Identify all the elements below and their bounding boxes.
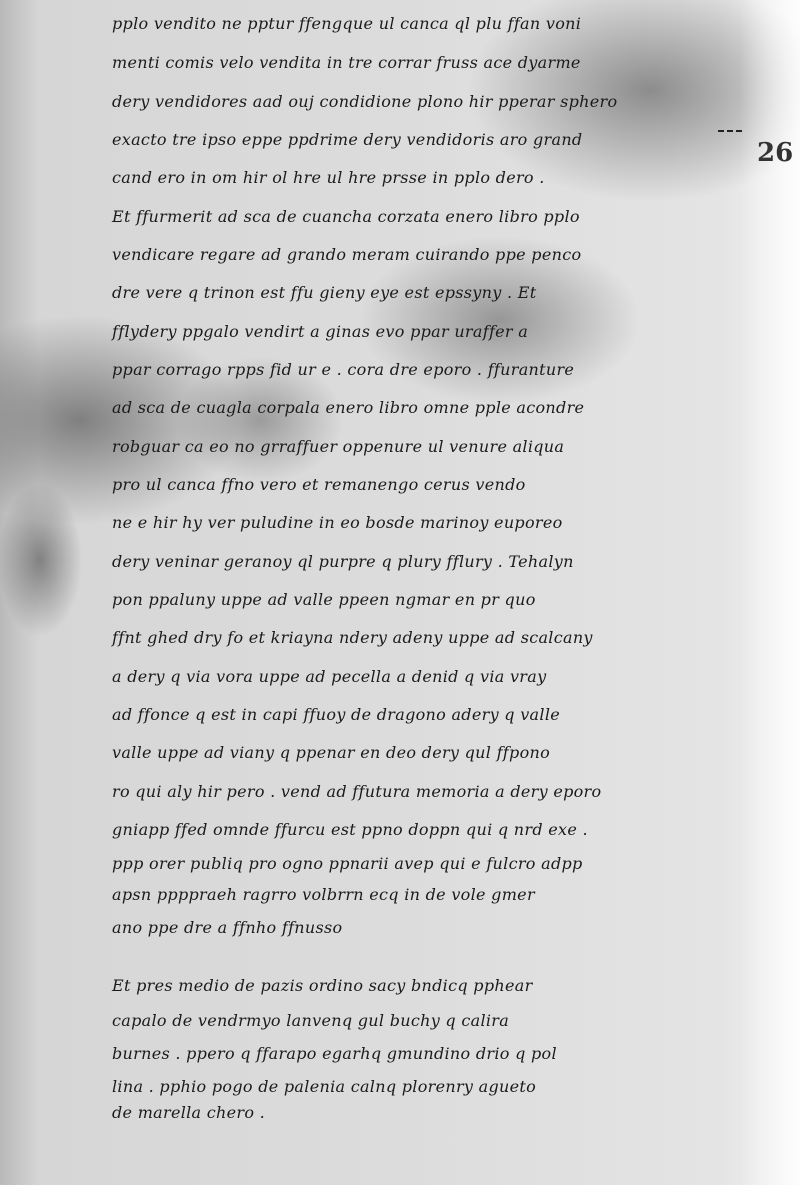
folio-number: 26 <box>757 138 793 168</box>
text-line: ano ppe dre a ffnho ffnusso <box>112 918 342 937</box>
margin-mark <box>718 130 742 134</box>
text-line: fflydery ppgalo vendirt a ginas evo ppar… <box>112 322 528 341</box>
text-line: dre vere q trinon est ffu gieny eye est … <box>112 283 536 302</box>
text-line: cand ero in om hir ol hre ul hre prsse i… <box>112 168 545 187</box>
text-line: ppar corrago rpps fid ur e . cora dre ep… <box>112 360 574 379</box>
text-line: exacto tre ipso eppe ppdrime dery vendid… <box>112 130 582 149</box>
text-line: capalo de vendrmyo lanvenq gul buchy q c… <box>112 1011 509 1030</box>
text-line: ad sca de cuagla corpala enero libro omn… <box>112 398 584 417</box>
text-line: de marella chero . <box>112 1103 265 1122</box>
text-line: ad ffonce q est in capi ffuoy de dragono… <box>112 705 560 724</box>
page-edge-highlight <box>740 0 800 1185</box>
text-line: dery vendidores aad ouj condidione plono… <box>112 92 617 111</box>
text-line: gniapp ffed omnde ffurcu est ppno doppn … <box>112 820 588 839</box>
text-line: dery veninar geranoy ql purpre q plury f… <box>112 552 574 571</box>
text-line: a dery q via vora uppe ad pecella a deni… <box>112 667 546 686</box>
text-line: ppp orer publiq pro ogno ppnarii avep qu… <box>112 854 583 873</box>
text-line: valle uppe ad viany q ppenar en deo dery… <box>112 743 550 762</box>
text-line: ne e hir hy ver puludine in eo bosde mar… <box>112 513 563 532</box>
text-line: ro qui aly hir pero . vend ad ffutura me… <box>112 782 601 801</box>
text-line: menti comis velo vendita in tre corrar f… <box>112 53 581 72</box>
text-line: lina . pphio pogo de palenia calnq plore… <box>112 1077 536 1096</box>
text-line: Et ffurmerit ad sca de cuancha corzata e… <box>112 207 580 226</box>
text-line: apsn ppppraeh ragrro volbrrn ecq in de v… <box>112 885 535 904</box>
text-line: burnes . ppero q ffarapo egarhq gmundino… <box>112 1044 557 1063</box>
text-line: pro ul canca ffno vero et remanengo ceru… <box>112 475 526 494</box>
text-line: Et pres medio de pazis ordino sacy bndic… <box>112 976 533 995</box>
text-line: ffnt ghed dry fo et kriayna ndery adeny … <box>112 628 593 647</box>
text-line: vendicare regare ad grando meram cuirand… <box>112 245 581 264</box>
text-line: pon ppaluny uppe ad valle ppeen ngmar en… <box>112 590 536 609</box>
manuscript-page: 26 pplo vendito ne pptur ffengque ul can… <box>0 0 800 1185</box>
text-line: robguar ca eo no grraffuer oppenure ul v… <box>112 437 564 456</box>
text-line: pplo vendito ne pptur ffengque ul canca … <box>112 14 581 33</box>
